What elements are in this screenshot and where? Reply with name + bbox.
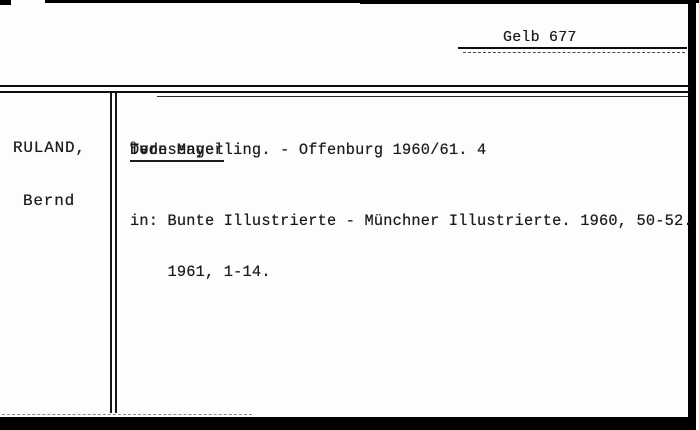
scan-corner-artifact xyxy=(0,0,11,5)
scan-bottom-edge-artifact xyxy=(0,417,696,430)
column-divider-right xyxy=(115,93,117,413)
call-number: Gelb 677 xyxy=(503,29,577,46)
scan-bottom-dash-artifact xyxy=(2,414,252,415)
source-line-1: in: Bunte Illustrierte - Münchner Illust… xyxy=(130,213,693,230)
format-superscript: O xyxy=(130,140,136,152)
author-block: RULAND, Bernd xyxy=(13,105,86,245)
catalog-card-scan: Gelb 677 RULAND, Bernd Der Todesengel vo… xyxy=(0,0,699,430)
source-line-2: 1961, 1-14. xyxy=(130,264,693,281)
entry-block: Der Todesengel von Mayerling. - Offenbur… xyxy=(130,108,693,315)
header-rule-top xyxy=(0,85,690,87)
header-rule-bottom xyxy=(0,91,690,93)
call-number-underline xyxy=(458,47,687,49)
scan-top-edge-artifact-thick xyxy=(360,0,688,4)
column-divider-left xyxy=(110,93,112,413)
header-rule-segment xyxy=(157,96,688,97)
title-line: Der Todesengel von Mayerling. - Offenbur… xyxy=(130,142,693,161)
author-surname: RULAND, xyxy=(13,140,86,158)
title-rest: von Mayerling. - Offenburg 1960/61. 4 xyxy=(130,142,486,159)
author-forename: Bernd xyxy=(13,193,86,211)
call-number-underline-dashed xyxy=(463,52,685,53)
